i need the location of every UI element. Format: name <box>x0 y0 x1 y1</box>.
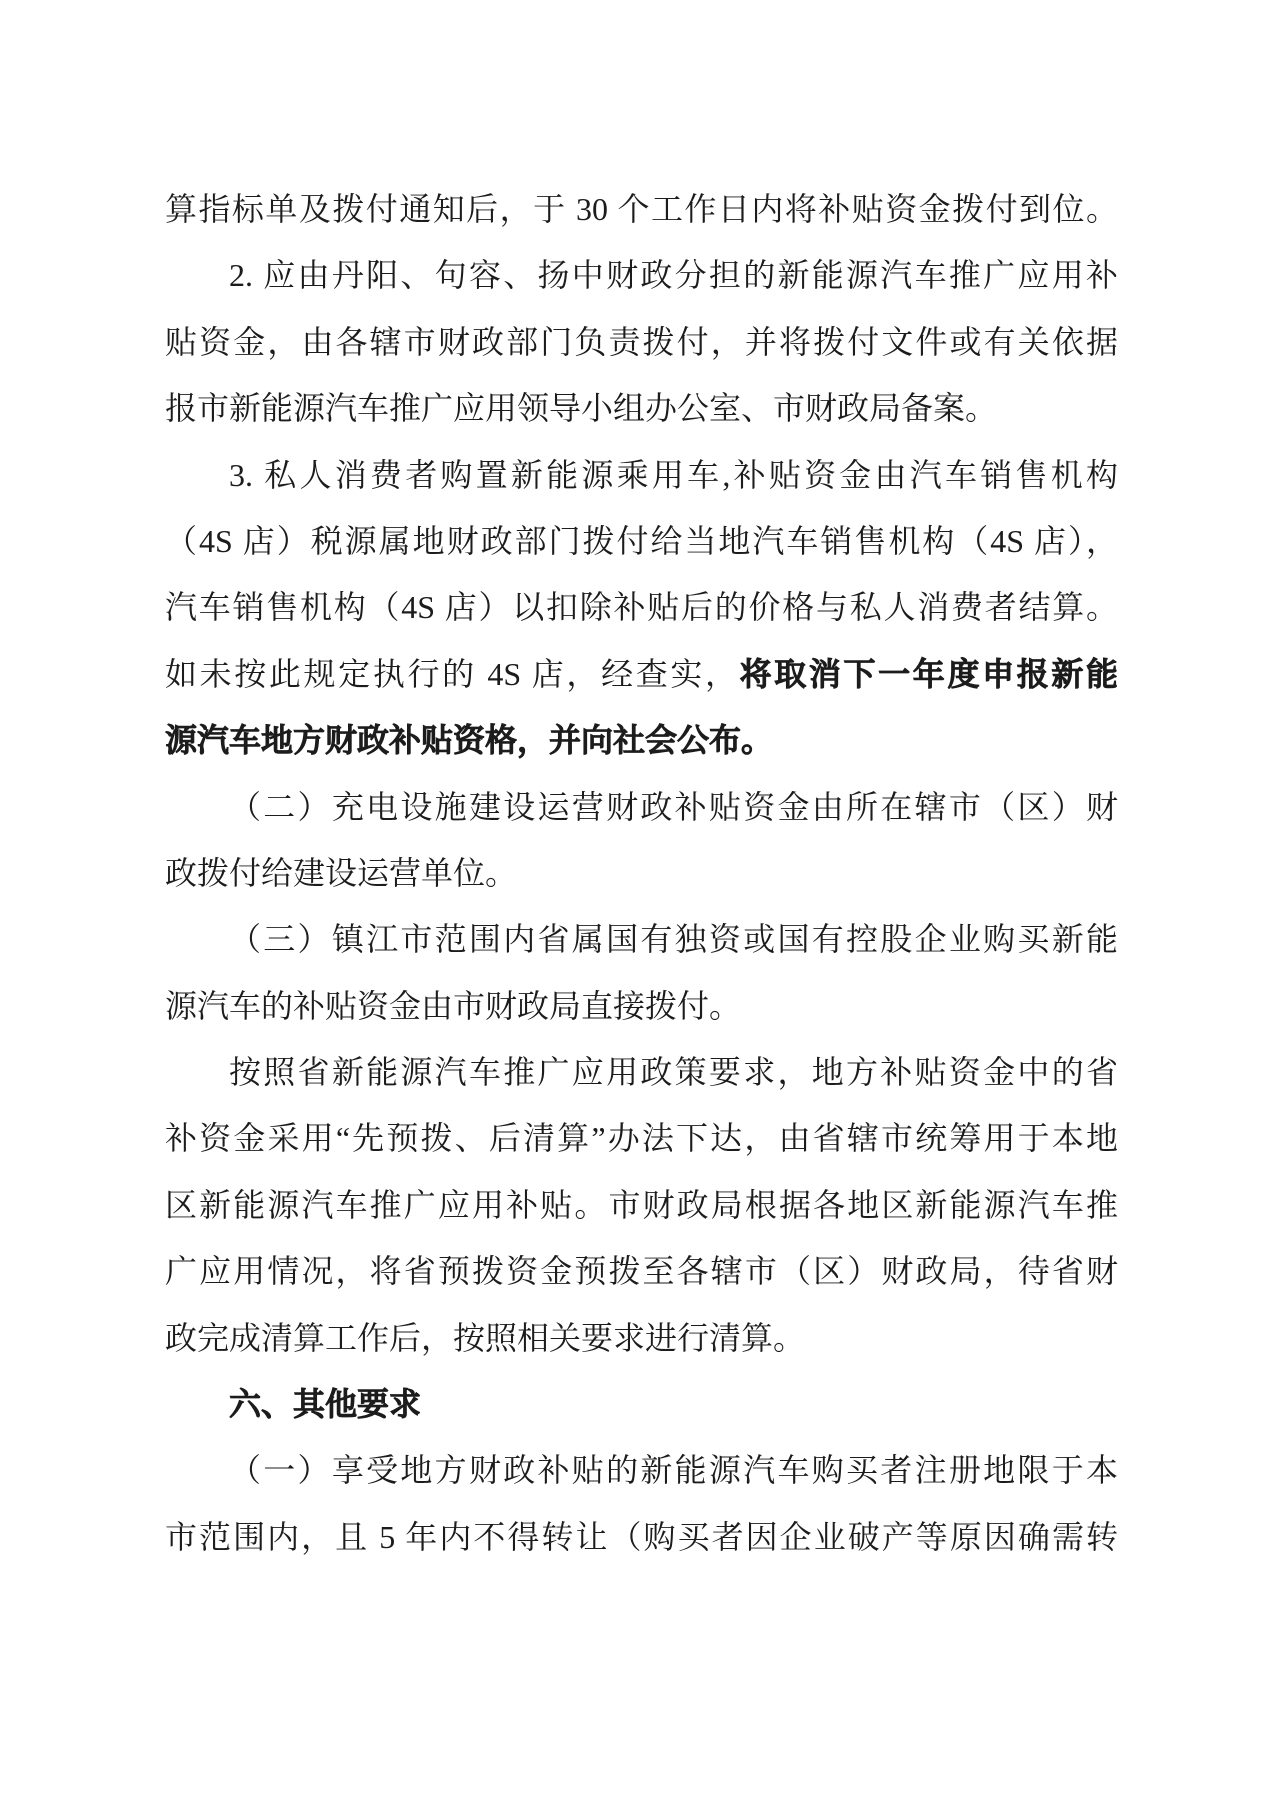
document-line-11: 政拨付给建设运营单位。 <box>165 840 1118 906</box>
document-line-20: （一）享受地方财政补贴的新能源汽车购买者注册地限于本 <box>165 1437 1118 1503</box>
text-segment: 算指标单及拨付通知后，于 30 个工作日内将补贴资金拨付到位。 <box>165 191 1118 227</box>
text-segment: 按照省新能源汽车推广应用政策要求，地方补贴资金中的省 <box>229 1054 1118 1090</box>
document-line-1: 算指标单及拨付通知后，于 30 个工作日内将补贴资金拨付到位。 <box>165 176 1118 242</box>
document-line-10: （二）充电设施建设运营财政补贴资金由所在辖市（区）财 <box>165 774 1118 840</box>
text-segment: 汽车销售机构（4S 店）以扣除补贴后的价格与私人消费者结算。 <box>165 589 1118 625</box>
text-segment: （二）充电设施建设运营财政补贴资金由所在辖市（区）财 <box>229 789 1118 825</box>
document-line-2: 2. 应由丹阳、句容、扬中财政分担的新能源汽车推广应用补 <box>165 242 1118 308</box>
document-line-7: 汽车销售机构（4S 店）以扣除补贴后的价格与私人消费者结算。 <box>165 574 1118 640</box>
text-segment: 区新能源汽车推广应用补贴。市财政局根据各地区新能源汽车推 <box>165 1187 1118 1223</box>
text-segment: （4S 店）税源属地财政部门拨付给当地汽车销售机构（4S 店）， <box>165 523 1118 559</box>
text-segment: （三）镇江市范围内省属国有独资或国有控股企业购买新能 <box>229 921 1118 957</box>
text-segment: 政拨付给建设运营单位。 <box>165 855 517 891</box>
document-line-16: 区新能源汽车推广应用补贴。市财政局根据各地区新能源汽车推 <box>165 1172 1118 1238</box>
document-line-9: 源汽车地方财政补贴资格，并向社会公布。 <box>165 707 1118 773</box>
document-line-8: 如未按此规定执行的 4S 店，经查实，将取消下一年度申报新能 <box>165 641 1118 707</box>
text-segment: 补资金采用“先预拨、后清算”办法下达，由省辖市统筹用于本地 <box>165 1120 1118 1156</box>
document-line-5: 3. 私人消费者购置新能源乘用车,补贴资金由汽车销售机构 <box>165 442 1118 508</box>
text-segment: 2. 应由丹阳、句容、扬中财政分担的新能源汽车推广应用补 <box>229 257 1118 293</box>
text-segment: 广应用情况，将省预拨资金预拨至各辖市（区）财政局，待省财 <box>165 1253 1118 1289</box>
bold-text-segment: 六、其他要求 <box>229 1386 421 1422</box>
text-segment: 政完成清算工作后，按照相关要求进行清算。 <box>165 1320 805 1356</box>
document-line-4: 报市新能源汽车推广应用领导小组办公室、市财政局备案。 <box>165 375 1118 441</box>
text-segment: 源汽车的补贴资金由市财政局直接拨付。 <box>165 988 741 1024</box>
text-segment: 如未按此规定执行的 4S 店，经查实， <box>165 656 740 692</box>
document-line-3: 贴资金，由各辖市财政部门负责拨付，并将拨付文件或有关依据 <box>165 309 1118 375</box>
text-segment: 贴资金，由各辖市财政部门负责拨付，并将拨付文件或有关依据 <box>165 324 1118 360</box>
text-segment: （一）享受地方财政补贴的新能源汽车购买者注册地限于本 <box>229 1452 1118 1488</box>
document-line-15: 补资金采用“先预拨、后清算”办法下达，由省辖市统筹用于本地 <box>165 1105 1118 1171</box>
text-segment: 报市新能源汽车推广应用领导小组办公室、市财政局备案。 <box>165 390 997 426</box>
document-line-21: 市范围内，且 5 年内不得转让（购买者因企业破产等原因确需转 <box>165 1504 1118 1570</box>
document-line-17: 广应用情况，将省预拨资金预拨至各辖市（区）财政局，待省财 <box>165 1238 1118 1304</box>
document-line-14: 按照省新能源汽车推广应用政策要求，地方补贴资金中的省 <box>165 1039 1118 1105</box>
bold-text-segment: 源汽车地方财政补贴资格，并向社会公布。 <box>165 722 773 758</box>
document-line-13: 源汽车的补贴资金由市财政局直接拨付。 <box>165 973 1118 1039</box>
text-segment: 3. 私人消费者购置新能源乘用车,补贴资金由汽车销售机构 <box>229 457 1118 493</box>
document-line-19: 六、其他要求 <box>165 1371 1118 1437</box>
document-line-18: 政完成清算工作后，按照相关要求进行清算。 <box>165 1305 1118 1371</box>
text-segment: 市范围内，且 5 年内不得转让（购买者因企业破产等原因确需转 <box>165 1519 1118 1555</box>
bold-text-segment: 将取消下一年度申报新能 <box>740 656 1118 692</box>
document-line-12: （三）镇江市范围内省属国有独资或国有控股企业购买新能 <box>165 906 1118 972</box>
document-line-6: （4S 店）税源属地财政部门拨付给当地汽车销售机构（4S 店）， <box>165 508 1118 574</box>
text-block: 算指标单及拨付通知后，于 30 个工作日内将补贴资金拨付到位。2. 应由丹阳、句… <box>165 176 1118 1570</box>
document-page: 算指标单及拨付通知后，于 30 个工作日内将补贴资金拨付到位。2. 应由丹阳、句… <box>0 0 1273 1800</box>
